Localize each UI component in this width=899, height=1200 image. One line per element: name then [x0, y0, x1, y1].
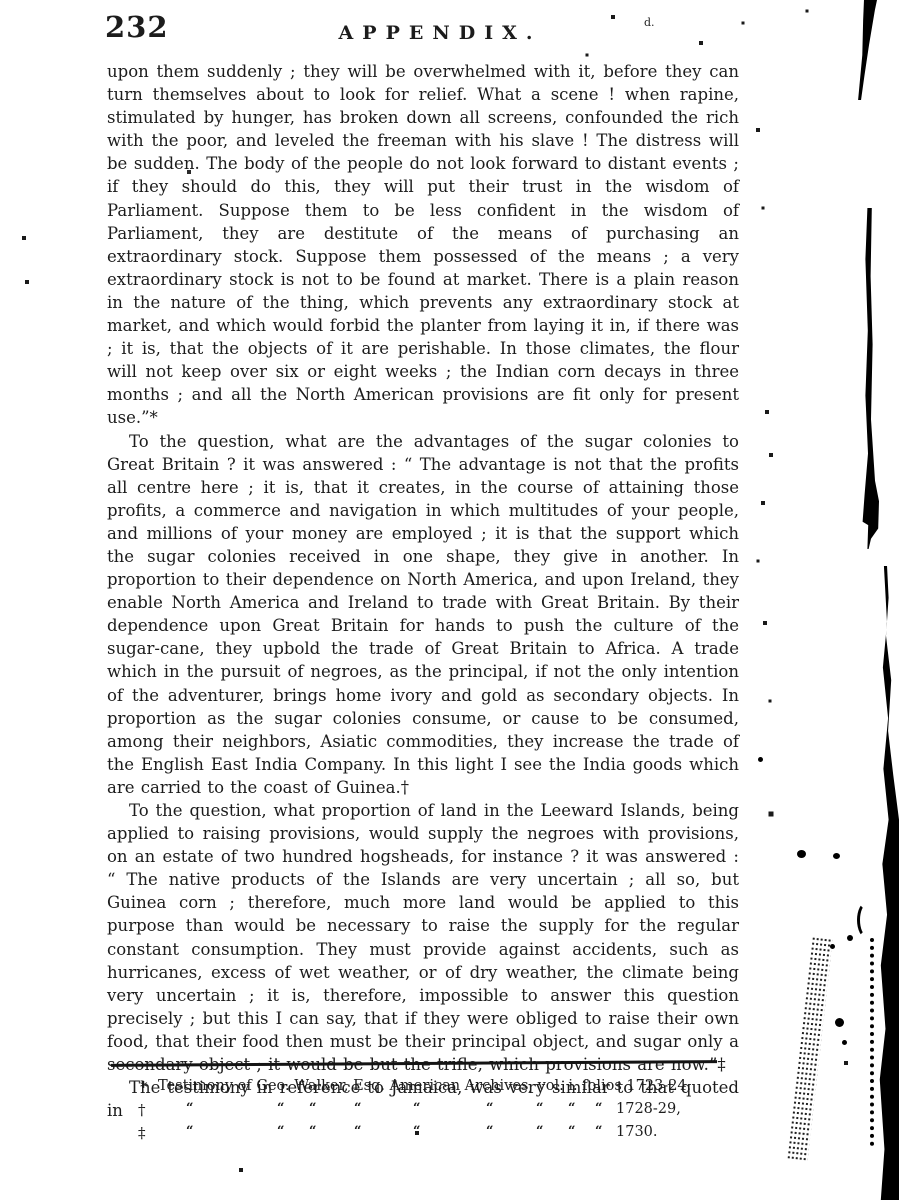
ditto-mark: “: [354, 1124, 361, 1139]
ditto-mark: “: [186, 1124, 193, 1139]
ditto-mark: “: [354, 1101, 361, 1116]
footnote-row: * Testimony of Geo. Walker, Esq. America…: [138, 1078, 738, 1099]
ink-speck-group: [0, 0, 2, 2]
ditto-mark: “: [486, 1124, 493, 1139]
scan-artifact-paren-mark: [857, 902, 876, 938]
footnote-symbol: *: [140, 1078, 148, 1096]
ditto-mark: “: [309, 1101, 316, 1116]
footnote-year: 1728-29,: [616, 1101, 681, 1117]
ink-blob: [758, 757, 763, 762]
footnote-row: † “ “ “ “ “ “ “ “ “ 1728-29,: [138, 1101, 738, 1122]
ditto-mark: “: [309, 1124, 316, 1139]
ditto-mark: “: [595, 1124, 602, 1139]
stray-ink-mark: d.: [644, 16, 655, 29]
ink-blob: [835, 1018, 844, 1027]
ditto-mark: “: [186, 1101, 193, 1116]
footnote-symbol: ‡: [138, 1124, 146, 1142]
ink-blob: [830, 944, 835, 949]
scan-artifact-streak-top: [856, 0, 877, 100]
body-paragraph-1: upon them suddenly ; they will be overwh…: [107, 60, 739, 430]
ink-blob: [833, 853, 840, 859]
footnote-row: ‡ “ “ “ “ “ “ “ “ “ 1730.: [138, 1124, 738, 1145]
ditto-mark: “: [595, 1101, 602, 1116]
body-text-block: upon them suddenly ; they will be overwh…: [107, 60, 739, 1122]
body-paragraph-3: To the question, what proportion of land…: [107, 799, 739, 1076]
footnote-symbol: †: [138, 1101, 146, 1119]
ditto-mark: “: [486, 1101, 493, 1116]
ink-blob: [842, 1040, 847, 1045]
ditto-mark: “: [277, 1124, 284, 1139]
footnote-year: 1730.: [616, 1124, 658, 1140]
ditto-mark: “: [568, 1124, 575, 1139]
scanned-book-page: { "page": { "number": "232", "running_he…: [0, 0, 899, 1200]
scan-artifact-broken-streak: [870, 938, 874, 1146]
ditto-mark: “: [413, 1101, 420, 1116]
running-head: APPENDIX.: [0, 22, 880, 44]
ditto-mark: “: [536, 1101, 543, 1116]
footnote-text: Testimony of Geo. Walker, Esq. American …: [158, 1078, 691, 1094]
footnotes-block: * Testimony of Geo. Walker, Esq. America…: [138, 1078, 738, 1158]
scan-artifact-streak-middle: [859, 208, 879, 549]
ditto-mark: “: [277, 1101, 284, 1116]
scan-artifact-streak-bottom: [873, 566, 899, 1200]
ditto-mark: “: [413, 1124, 420, 1139]
ink-blob: [797, 850, 806, 858]
ink-blob: [847, 935, 853, 941]
scan-artifact-smudge: [787, 936, 833, 1161]
ditto-mark: “: [536, 1124, 543, 1139]
body-paragraph-2: To the question, what are the advantages…: [107, 430, 739, 800]
ditto-mark: “: [568, 1101, 575, 1116]
